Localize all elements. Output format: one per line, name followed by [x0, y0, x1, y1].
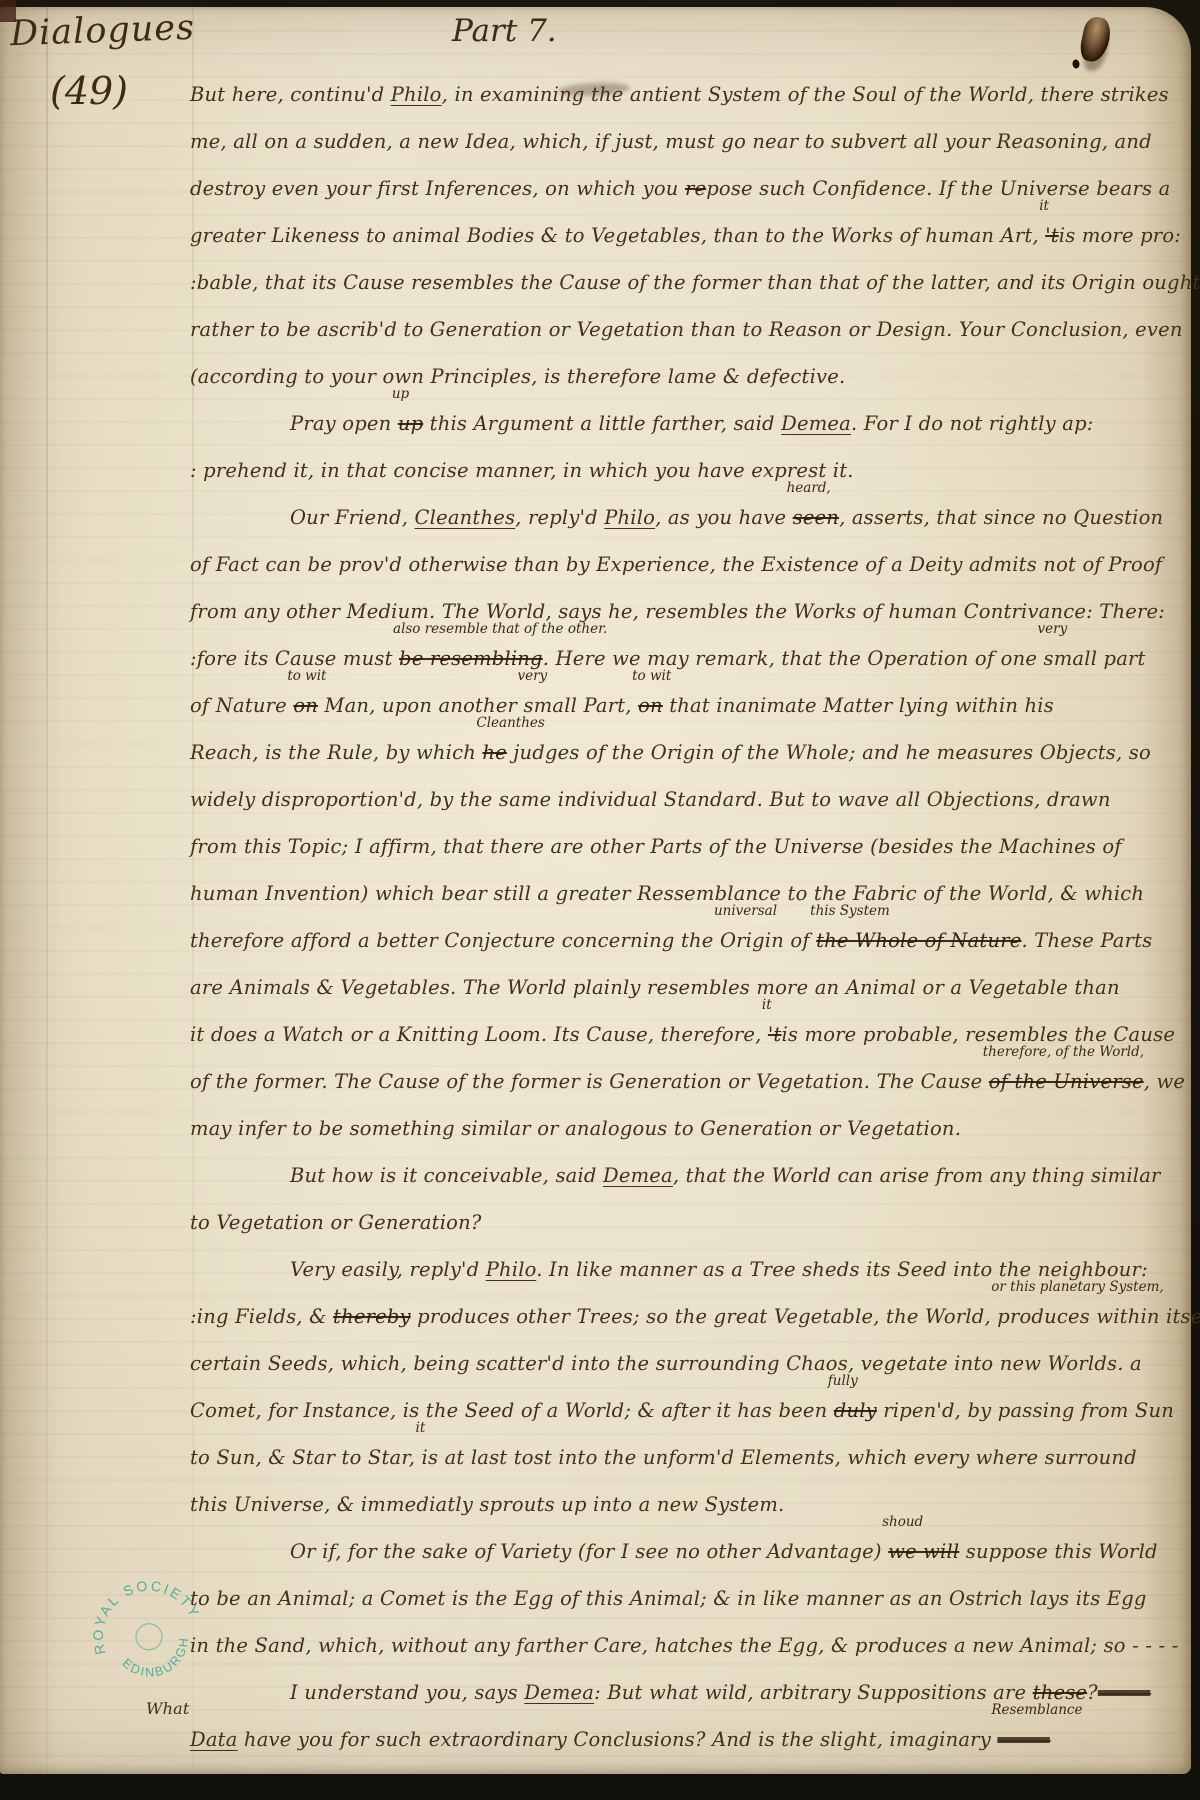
text-segment: from any other Medium. The World, says h… [190, 600, 1165, 623]
text-segment: seen [793, 506, 839, 529]
text-segment: Demea [603, 1164, 673, 1187]
text-segment: shoud [882, 1514, 923, 1530]
text-segment: are Animals & Vegetables. The World plai… [190, 976, 1120, 999]
text-segment: (according to your own Principles, is th… [190, 365, 845, 388]
text-segment: very [1038, 621, 1068, 637]
text-segment: me, all on a sudden, a new Idea, which, … [190, 130, 1152, 153]
manuscript-line: WhatData have you for such extraordinary… [190, 1716, 1194, 1763]
text-segment: Or if, for the sake of Variety (for I se… [290, 1540, 888, 1563]
manuscript-line: to be an Animal; a Comet is the Egg of t… [190, 1575, 1194, 1622]
text-segment: Philo [604, 506, 655, 529]
text-segment: it does a Watch or a Knitting Loom. Its … [190, 1023, 768, 1046]
text-segment: this Argument a little farther, said [423, 412, 781, 435]
text-segment: . These Parts [1022, 929, 1153, 952]
manuscript-line: But how is it conceivable, said Demea, t… [190, 1152, 1194, 1199]
text-segment: is more probable, resembles the Cause [781, 1023, 1175, 1046]
text-segment: ——— [1098, 1681, 1151, 1704]
manuscript-line: of Fact can be prov'd otherwise than by … [190, 541, 1194, 588]
page-number: (49) [50, 69, 128, 113]
text-segment: of the former. The Cause of the former i… [190, 1070, 989, 1093]
text-segment: small part [1044, 647, 1146, 670]
text-segment: duly [834, 1399, 877, 1422]
text-segment: to wit [632, 668, 671, 684]
manuscript-line: :ing Fields, & thereby produces other Tr… [190, 1293, 1194, 1340]
manuscript-line: in the Sand, which, without any farther … [190, 1622, 1194, 1669]
section-title: Dialogues [9, 8, 195, 54]
manuscript-line: : prehend it, in that concise manner, in… [190, 447, 1194, 494]
manuscript-line: certain Seeds, which, being scatter'd in… [190, 1340, 1194, 1387]
text-segment: on [638, 694, 663, 717]
text-segment: from this Topic; I affirm, that there ar… [190, 835, 1122, 858]
text-segment: therefore afford a better Conjecture con… [190, 929, 720, 952]
manuscript-line: from this Topic; I affirm, that there ar… [190, 823, 1194, 870]
text-segment: , we [1144, 1070, 1185, 1093]
text-segment: produces within itself [997, 1305, 1200, 1328]
manuscript-scan: { "page": { "header": { "section_title":… [0, 0, 1200, 1800]
text-segment: it [762, 997, 772, 1013]
text-segment: : prehend it, in that concise manner, in… [190, 459, 854, 482]
text-segment: Data [190, 1728, 238, 1751]
text-segment: Comet, for Instance, is the Seed of a Wo… [190, 1399, 834, 1422]
text-segment: to wit [287, 668, 326, 684]
manuscript-line: me, all on a sudden, a new Idea, which, … [190, 118, 1194, 165]
manuscript-line: may infer to be something similar or ana… [190, 1105, 1194, 1152]
text-segment: Resemblance [991, 1702, 1082, 1718]
manuscript-text-block: But here, continu'd Philo, in examining … [190, 71, 1194, 1763]
text-segment: universal [714, 903, 777, 919]
text-segment: I understand you, says [290, 1681, 524, 1704]
text-segment: , reply'd [515, 506, 604, 529]
manuscript-line: Comet, for Instance, is the Seed of a Wo… [190, 1387, 1194, 1434]
text-segment: ——— [997, 1728, 1050, 1751]
text-segment: suppose this World [959, 1540, 1157, 1563]
text-segment: 't [768, 1023, 782, 1046]
manuscript-line: Our Friend, Cleanthes, reply'd Philo, as… [190, 494, 1194, 541]
manuscript-line: :fore its Cause must also resemble that … [190, 635, 1194, 682]
manuscript-line: Or if, for the sake of Variety (for I se… [190, 1528, 1194, 1575]
manuscript-line: human Invention) which bear still a grea… [190, 870, 1194, 917]
text-segment: :fore its Cause must [190, 647, 399, 670]
manuscript-line: :bable, that its Cause resembles the Cau… [190, 259, 1194, 306]
manuscript-line: greater Likeness to animal Bodies & to V… [190, 212, 1194, 259]
text-segment: fully [828, 1373, 858, 1389]
ink-blot-mark [1078, 15, 1114, 65]
text-segment: thereby [333, 1305, 411, 1328]
text-segment: also resemble that of the other. [393, 621, 607, 637]
manuscript-line: to Vegetation or Generation? [190, 1199, 1194, 1246]
text-segment: to be an Animal; a Comet is the Egg of t… [190, 1587, 1147, 1610]
manuscript-line: rather to be ascrib'd to Generation or V… [190, 306, 1194, 353]
text-segment: or this planetary System, [991, 1279, 1163, 1295]
text-segment: . Here we may remark, that the Operation… [543, 647, 1044, 670]
text-segment: is more pro: [1059, 224, 1181, 247]
text-segment: Cleanthes [476, 715, 544, 731]
manuscript-line: this Universe, & immediatly sprouts up i… [190, 1481, 1194, 1528]
manuscript-line: of the former. The Cause of the former i… [190, 1058, 1194, 1105]
text-segment: :bable, that its Cause resembles the Cau… [190, 271, 1200, 294]
text-segment: destroy even your first Inferences, on w… [190, 177, 685, 200]
text-segment: : But what wild, arbitrary Suppositions … [594, 1681, 1033, 1704]
text-segment: is at last tost into the unform'd Elemen… [422, 1446, 1137, 1469]
text-segment: very [517, 668, 547, 684]
text-segment: this System [810, 903, 890, 919]
manuscript-line: of Nature to witon Man, upon another ver… [190, 682, 1194, 729]
text-segment: , in examining the antient System of the… [442, 83, 1169, 106]
manuscript-line: widely disproportion'd, by the same indi… [190, 776, 1194, 823]
manuscript-line: to Sun, & Star to Star, itis at last tos… [190, 1434, 1194, 1481]
text-segment: Our Friend, [290, 506, 415, 529]
text-segment: ? [1087, 1681, 1098, 1704]
text-segment: , as you have [655, 506, 792, 529]
stamp-inner-circle [131, 1619, 166, 1654]
text-segment: we will [888, 1540, 959, 1563]
text-segment: :ing Fields, & [190, 1305, 333, 1328]
text-segment: Origin of [720, 929, 816, 952]
text-segment: Cleanthes [415, 506, 516, 529]
text-segment: , that the World can arise from any thin… [673, 1164, 1161, 1187]
part-title: Part 7. [452, 13, 557, 49]
text-segment: . For I do not rightly ap: [851, 412, 1094, 435]
text-segment: pose such Confidence. If the Universe be… [706, 177, 1170, 200]
text-segment: may infer to be something similar or ana… [190, 1117, 961, 1140]
text-segment: Philo [486, 1258, 537, 1281]
text-segment: of Fact can be prov'd otherwise than by … [190, 553, 1162, 576]
text-segment: But here, continu'd [190, 83, 391, 106]
manuscript-line: are Animals & Vegetables. The World plai… [190, 964, 1194, 1011]
text-segment: Demea [524, 1681, 594, 1704]
text-segment: be resembling [399, 647, 543, 670]
text-segment: Philo [391, 83, 442, 106]
text-segment: rather to be ascrib'd to Generation or V… [190, 318, 1183, 341]
manuscript-line: (according to your own Principles, is th… [190, 353, 1194, 400]
text-segment: But how is it conceivable, said [290, 1164, 603, 1187]
text-segment: these [1033, 1681, 1087, 1704]
text-segment: greater Likeness to animal Bodies & to V… [190, 224, 1045, 247]
text-segment: produces other Trees; so the great Veget… [411, 1305, 998, 1328]
binding-corner [0, 0, 16, 22]
text-segment: that inanimate Matter lying within his [663, 694, 1054, 717]
text-segment: small Part, [523, 694, 638, 717]
text-segment: of the Universe [989, 1070, 1144, 1093]
text-segment: Demea [781, 412, 851, 435]
text-segment: Reach, is the Rule, by which [190, 741, 482, 764]
text-segment: certain Seeds, which, being scatter'd in… [190, 1352, 1142, 1375]
text-segment: this Universe, & immediatly sprouts up i… [190, 1493, 784, 1516]
manuscript-line: Pray open upup this Argument a little fa… [190, 400, 1194, 447]
manuscript-line: Reach, is the Rule, by which Cleantheshe… [190, 729, 1194, 776]
text-segment: Pray open [290, 412, 398, 435]
text-segment: up [398, 412, 423, 435]
text-segment: judges of the Origin of the Whole; and h… [507, 741, 1151, 764]
text-segment: he [482, 741, 507, 764]
text-segment: the Whole of Nature [816, 929, 1021, 952]
text-segment: re [685, 177, 706, 200]
text-segment: 't [1045, 224, 1059, 247]
text-segment: . In like manner as a Tree sheds its See… [536, 1258, 1148, 1281]
text-segment: to Vegetation or Generation? [190, 1211, 482, 1234]
text-segment: on [293, 694, 318, 717]
text-segment: , asserts, that since no Question [839, 506, 1163, 529]
text-segment: it [1039, 198, 1049, 214]
text-segment: up [392, 386, 409, 402]
text-segment: ripen'd, by passing from Sun [877, 1399, 1174, 1422]
text-segment: of Nature [190, 694, 293, 717]
text-segment: heard, [787, 480, 831, 496]
text-segment: Man, upon another [318, 694, 523, 717]
text-segment: therefore, of the World, [983, 1044, 1144, 1060]
text-segment: in the Sand, which, without any farther … [190, 1634, 1179, 1657]
manuscript-page: Dialogues (49) Part 7. But here, continu… [0, 7, 1191, 1774]
text-segment: widely disproportion'd, by the same indi… [190, 788, 1111, 811]
manuscript-line: therefore afford a better Conjecture con… [190, 917, 1194, 964]
manuscript-line: But here, continu'd Philo, in examining … [190, 71, 1194, 118]
text-segment: have you for such extraordinary Conclusi… [238, 1728, 998, 1751]
text-segment: to Sun, & Star to Star, [190, 1446, 422, 1469]
text-segment: Very easily, reply'd [290, 1258, 486, 1281]
text-segment: human Invention) which bear still a grea… [190, 882, 1144, 905]
text-segment: it [416, 1420, 426, 1436]
